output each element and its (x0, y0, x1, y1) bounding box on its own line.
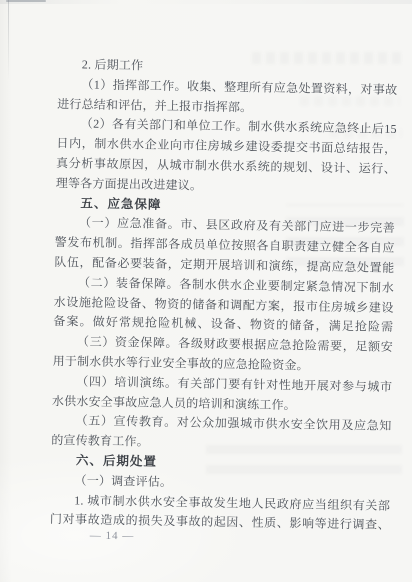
scan-edge-artifact (6, 0, 46, 2)
document-body: 2. 后期工作（1）指挥部工作。收集、整理所有应急处置资料，对事故进行总结和评估… (50, 55, 398, 536)
page-number: — 14 — (80, 529, 144, 542)
scanned-document-page: 2. 后期工作（1）指挥部工作。收集、整理所有应急处置资料，对事故进行总结和评估… (0, 0, 412, 582)
scan-edge-artifact (0, 0, 412, 4)
document-text: 2. 后期工作（1）指挥部工作。收集、整理所有应急处置资料，对事故进行总结和评估… (50, 55, 398, 536)
scan-edge-artifact (8, 0, 9, 80)
